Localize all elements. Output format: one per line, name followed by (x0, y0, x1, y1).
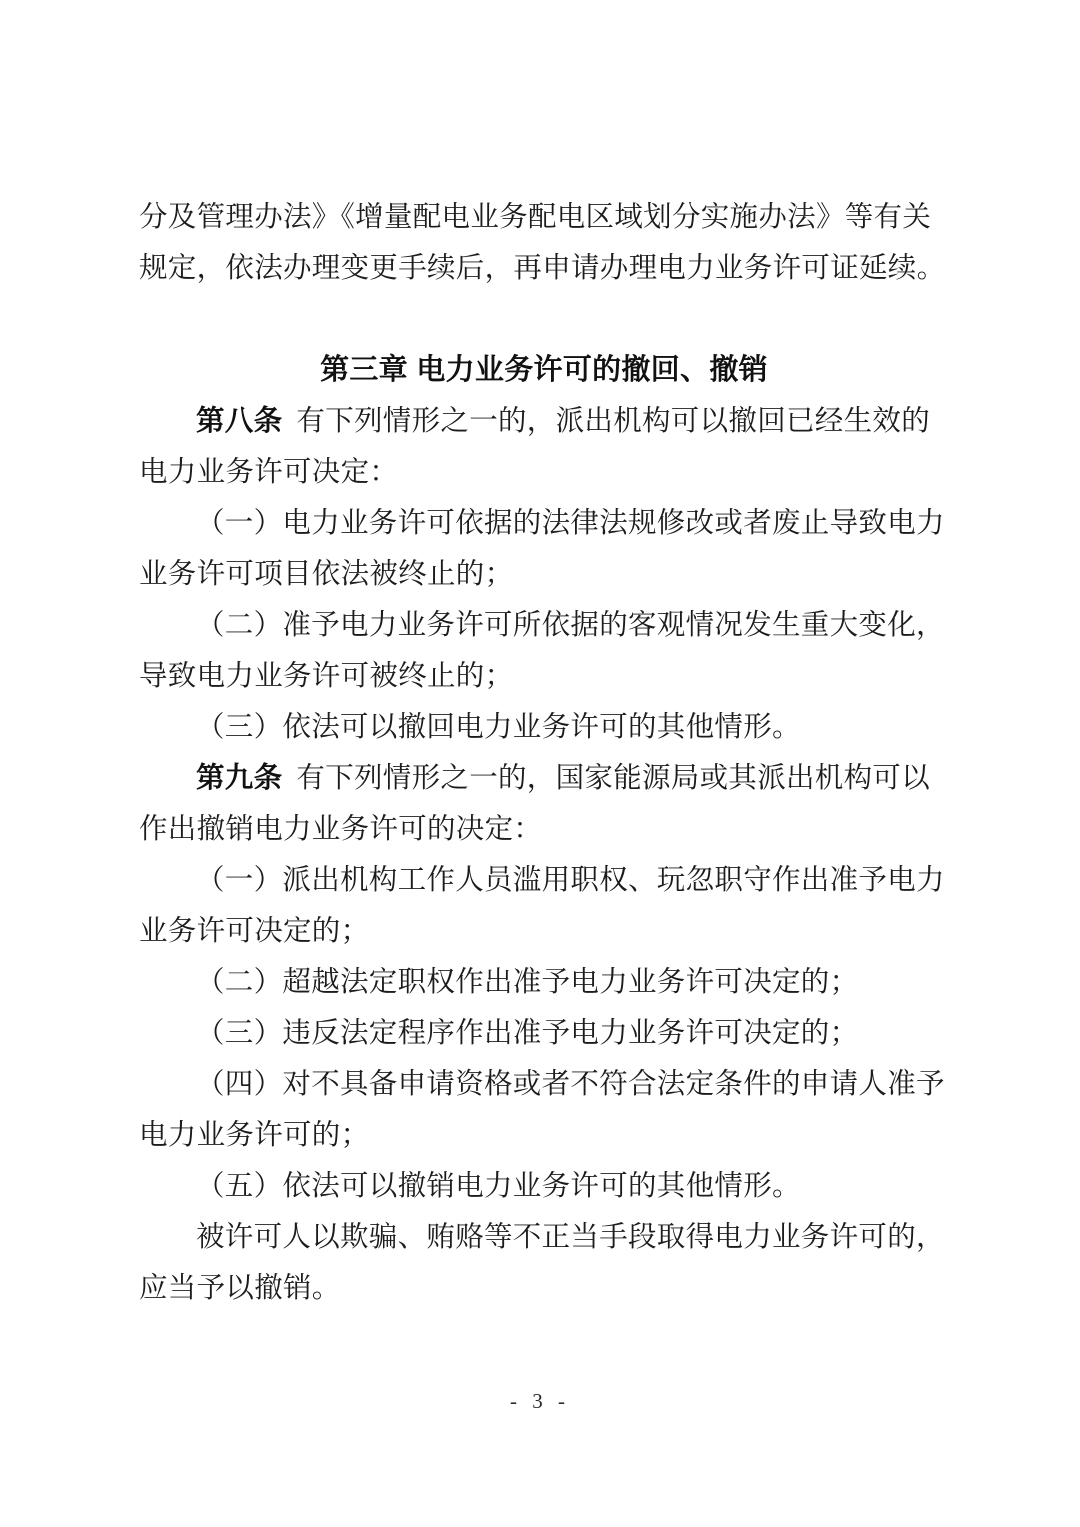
article-9-lead-line: 第九条有下列情形之一的，国家能源局或其派出机构可以 (139, 753, 949, 804)
article-9-item-2-line: （二）超越法定职权作出准予电力业务许可决定的； (139, 957, 949, 1008)
page-footer: - 3 - (0, 1388, 1080, 1414)
page-number: - 3 - (510, 1389, 570, 1413)
article-8-item-1-line: 业务许可项目依法被终止的； (139, 549, 949, 600)
article-9-item-3-line: （三）违反法定程序作出准予电力业务许可决定的； (139, 1008, 949, 1059)
document-body: 分及管理办法》《增量配电业务配电区域划分实施办法》等有关 规定，依法办理变更手续… (139, 192, 949, 1314)
article-8-label: 第八条 (196, 405, 282, 437)
article-8-item-2-line: 导致电力业务许可被终止的； (139, 651, 949, 702)
article-9-item-1-line: （一）派出机构工作人员滥用职权、玩忽职守作出准予电力 (139, 855, 949, 906)
article-8-item-2-line: （二）准予电力业务许可所依据的客观情况发生重大变化， (139, 600, 949, 651)
article-8-lead-line: 电力业务许可决定： (139, 447, 949, 498)
chapter-heading: 第三章 电力业务许可的撤回、撤销 (139, 345, 949, 396)
article-8-lead-text: 有下列情形之一的，派出机构可以撤回已经生效的 (296, 406, 930, 437)
article-9-label: 第九条 (196, 762, 282, 794)
article-9-lead-line: 作出撤销电力业务许可的决定： (139, 804, 949, 855)
article-9-item-4-line: （四）对不具备申请资格或者不符合法定条件的申请人准予 (139, 1059, 949, 1110)
continuation-paragraph-line: 规定，依法办理变更手续后，再申请办理电力业务许可证延续。 (139, 243, 949, 294)
article-8-lead-line: 第八条有下列情形之一的，派出机构可以撤回已经生效的 (139, 396, 949, 447)
article-8-item-1-line: （一）电力业务许可依据的法律法规修改或者废止导致电力 (139, 498, 949, 549)
article-9-closing-line: 被许可人以欺骗、贿赂等不正当手段取得电力业务许可的， (139, 1212, 949, 1263)
article-9-item-4-line: 电力业务许可的； (139, 1110, 949, 1161)
article-8-item-3-line: （三）依法可以撤回电力业务许可的其他情形。 (139, 702, 949, 753)
article-9-item-5-line: （五）依法可以撤销电力业务许可的其他情形。 (139, 1161, 949, 1212)
continuation-paragraph-line: 分及管理办法》《增量配电业务配电区域划分实施办法》等有关 (139, 192, 949, 243)
article-9-closing-line: 应当予以撤销。 (139, 1263, 949, 1314)
document-page: 分及管理办法》《增量配电业务配电区域划分实施办法》等有关 规定，依法办理变更手续… (0, 0, 1080, 1527)
article-9-item-1-line: 业务许可决定的； (139, 906, 949, 957)
article-9-lead-text: 有下列情形之一的，国家能源局或其派出机构可以 (296, 763, 930, 794)
